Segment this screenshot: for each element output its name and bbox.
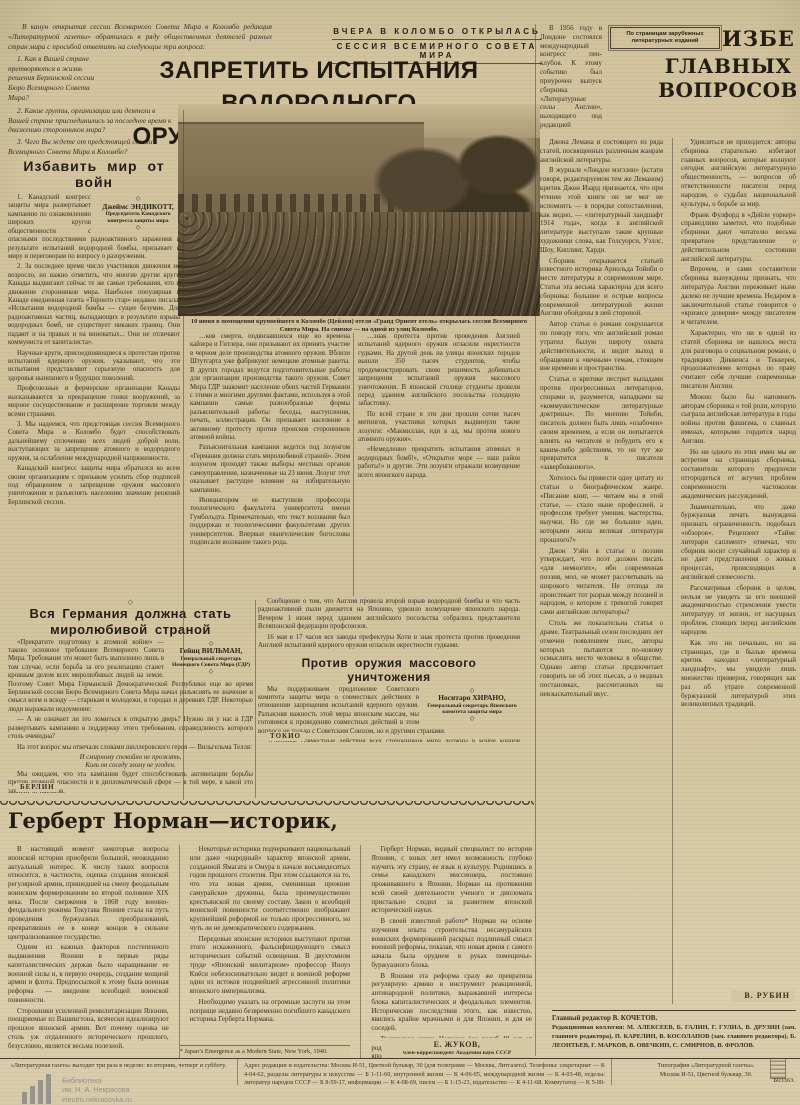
article-germany-body: ◇ Гейнц ВИЛЬМАН, Генеральный секретарь Н… (8, 639, 253, 793)
article-germany: ◇ Вся Германия должна стать миролюбивой … (8, 598, 253, 800)
norman-column-3-paragraphs: Герберт Норман, видный специалист по ист… (371, 845, 532, 1058)
paragraph: Сообщение о том, что Англия провела втор… (258, 598, 520, 632)
paragraph: Профсоюзные и фермерские организации Кан… (8, 385, 180, 419)
rail-column-2: Удивляться не приходится: авторы сборник… (672, 138, 796, 1004)
title-line-2: миролюбивой страной (8, 622, 253, 638)
paragraph: Канадский конгресс защиты мира обратился… (8, 465, 180, 507)
paragraph: Коль он соседу злому не угоден. (8, 762, 253, 770)
paragraph: По всей стране в эти дни прошли сотни ты… (358, 411, 520, 445)
byline-role: Генеральный секретарь Японского комитета… (424, 703, 520, 716)
paragraph: Статья о критике пестрит выпадами против… (540, 375, 663, 472)
paragraph: Одним из важных факторов постепенного вы… (8, 943, 169, 1004)
diamond-separator-icon: ◇ (424, 716, 520, 723)
rubric-line-2: литературных изданий (613, 38, 717, 45)
editorial-board-block: Главный редактор В. КОЧЕТОВ. Редакционна… (552, 1010, 796, 1060)
paragraph: И смирному спокойно не прожить, (8, 754, 253, 762)
signature-zhukov: Е. ЖУКОВ, член-корреспондент Академии на… (382, 1038, 532, 1058)
paragraph: 3. Мы надеемся, что предстоящая сессия В… (8, 421, 180, 463)
paragraph: Удивляться не приходится: авторы сборник… (681, 138, 796, 209)
paragraph: Но ни одного из этих имен мы не встретим… (681, 448, 796, 501)
byline-endicott: ◇ Джеймс ЭНДИКОТТ, Председатель Канадско… (96, 196, 180, 231)
article-norman-title: Герберт Норман—историк, японовед (8, 808, 392, 840)
paragraph: Рассматривая сборник в целом, нельзя не … (681, 584, 796, 637)
rubric-box: По страницам зарубежных литературных изд… (610, 27, 720, 49)
library-watermark: Библиотека им. Н. А. Некрасова electro.n… (22, 1070, 232, 1104)
paragraph: В Японии эта реформа сразу же превратила… (371, 972, 532, 1033)
dateline-berlin: БЕРЛИН (16, 783, 59, 792)
paragraph: Сторонники усиленной ремилитаризации Япо… (8, 1007, 169, 1051)
article-hirano-lead: Сообщение о том, что Англия провела втор… (258, 598, 520, 653)
paragraph: В настоящий момент некоторые вопросы япо… (8, 845, 169, 941)
byline-hirano: ◇ Носитаро ХИРАНО, Генеральный секретарь… (424, 688, 520, 723)
paragraph: …знак протеста против проведения Англией… (358, 333, 520, 409)
editorial-intro: В канун открытия сессии Всемирного Совет… (8, 22, 272, 56)
diamond-separator-icon: ◇ (169, 669, 253, 676)
rail-title-line-1: ИЗБЕГАЯ (722, 26, 796, 51)
paragraph: Герберт Норман, видный специалист по ист… (371, 845, 532, 915)
street-photo (178, 104, 540, 316)
address-and-phones: Адрес редакции и издательства: Москва И-… (238, 1059, 612, 1085)
norman-column-2: Некоторые историки подчеркивают национал… (179, 845, 351, 1058)
editorial-board: Редакционная коллегия: М. АЛЕКСЕЕВ, Б. Г… (552, 1024, 796, 1050)
byline-name: Гейнц ВИЛЬМАН, (169, 647, 253, 656)
diamond-separator-icon: ◇ (96, 225, 180, 232)
column-rule (535, 24, 536, 1056)
photo-trees (373, 116, 540, 226)
rail-columns: Джона Лемана и состоящего из ряда статей… (540, 138, 796, 1004)
paragraph: В журнале «Лондон мэгэзин» (кстати говор… (540, 166, 663, 254)
column-japan-continuation: …знак протеста против проведения Англией… (358, 333, 520, 596)
chief-editor: Главный редактор В. КОЧЕТОВ. (552, 1014, 796, 1023)
paragraph: — А не означает ли это ломиться в открыт… (8, 716, 253, 741)
paragraph: «Немедленно прекратить испытания атомных… (358, 446, 520, 480)
article-endicott-body: ◇ Джеймс ЭНДИКОТТ, Председатель Канадско… (8, 194, 180, 596)
intro-paragraph: В канун открытия сессии Всемирного Совет… (8, 22, 272, 51)
rail-column-2-paragraphs: Удивляться не приходится: авторы сборник… (681, 138, 796, 709)
paragraph: Разъяснительная кампания ведется под лоз… (190, 444, 350, 495)
paragraph: Знаменательно, что даже буржуазная печат… (681, 503, 796, 582)
paragraph: Передовые японские историки выступают пр… (190, 935, 351, 996)
paragraph: Как это ни печально, но на страницах, гд… (681, 639, 796, 710)
printing-line-1: Типография «Литературной газеты». (618, 1062, 794, 1071)
paragraph: Сборник открывается статьей известного и… (540, 257, 663, 319)
article-endicott-paragraphs: 1. Канадский конгресс защиты мира развер… (8, 194, 180, 507)
paragraph: В своей известной работе* Норман на осно… (371, 917, 532, 970)
norman-column-3: Герберт Норман, видный специалист по ист… (360, 845, 532, 1058)
article-review-rail: В 1956 году в Лондоне состоялся междунар… (540, 24, 796, 1006)
dateline-tokyo: ТОКИО (266, 732, 305, 741)
rail-headline-block: По страницам зарубежных литературных изд… (602, 24, 796, 136)
rail-lead-column: В 1956 году в Лондоне состоялся междунар… (540, 24, 602, 136)
paragraph: Хотелось бы привести одну цитату из стат… (540, 474, 663, 545)
paragraph: …ков смерти, подвизавшихся еще во времен… (190, 333, 350, 442)
byline-name: Носитаро ХИРАНО, (424, 694, 520, 703)
article-germany-title: Вся Германия должна стать миролюбивой ст… (8, 606, 253, 639)
kicker-line-1: ВЧЕРА В КОЛОМБО ОТКРЫЛАСЬ (332, 25, 542, 40)
title-line-1: Вся Германия должна стать (8, 606, 253, 622)
newspaper-page: В канун открытия сессии Всемирного Совет… (0, 0, 800, 1105)
article-endicott-title: Избавить мир от войн (8, 158, 180, 190)
article-endicott: Избавить мир от войн ◇ Джеймс ЭНДИКОТТ, … (8, 158, 180, 596)
paragraph: Можно было бы напомнить авторам сборника… (681, 393, 796, 446)
paragraph: Научные круги, присоединяющиеся к протес… (8, 350, 180, 384)
paragraph: 2. За последнее время число участников д… (8, 263, 180, 347)
library-line-1: Библиотека (62, 1076, 132, 1085)
column-rule (183, 110, 184, 800)
printing-line-2: Москва И-51, Цветной бульвар, 30. (618, 1071, 794, 1080)
signature-rubin: В. РУБИН (731, 990, 794, 1002)
photo-street-crowd (178, 212, 540, 316)
rail-header-zone: В 1956 году в Лондоне состоялся междунар… (540, 24, 796, 136)
byline-name: Джеймс ЭНДИКОТТ, (96, 203, 180, 212)
column-rule (255, 600, 256, 798)
paragraph: 16 мая в 17 часов все заводы префектуры … (258, 634, 520, 651)
norman-column-1: В настоящий момент некоторые вопросы япо… (8, 845, 169, 1058)
article-hirano-title: Против оружия массового уничтожения (258, 656, 520, 684)
photo-caption: 10 июня в помещении крупнейшего в Коломб… (180, 318, 538, 333)
paragraph: Автор статьи о романе сокрушается по пов… (540, 320, 663, 373)
paragraph: Джона Лемана и состоящего из ряда статей… (540, 138, 663, 164)
diamond-separator-icon: ◇ (8, 598, 253, 606)
byline-role: Генеральный секретарь Немецкого Совета М… (169, 656, 253, 669)
byline-role: Председатель Канадского конгресса защиты… (96, 211, 180, 224)
signature-name: Е. ЖУКОВ, (382, 1040, 532, 1050)
footnote: * Japan’s Emergence as a Modern State, N… (180, 1045, 351, 1056)
library-line-2: им. Н. А. Некрасова (62, 1085, 132, 1094)
paragraph: Франк Фулфорд в «Дейли уоркер» справедли… (681, 211, 796, 264)
byline-wilman: ◇ Гейнц ВИЛЬМАН, Генеральный секретарь Н… (169, 641, 253, 676)
paragraph: Некоторые историки подчеркивают национал… (190, 845, 351, 933)
paragraph: Столь же показательна статья о драме. Те… (540, 619, 663, 698)
rail-column-1: Джона Лемана и состоящего из ряда статей… (540, 138, 663, 1004)
paragraph: Впрочем, и сами составители сборника вын… (681, 265, 796, 327)
paragraph: На этот вопрос мы отвечали словами шилле… (8, 744, 253, 752)
signature-role: член-корреспондент Академии наук СССР (382, 1050, 532, 1057)
column-gdr-continuation: …ков смерти, подвизавшихся еще во времен… (190, 333, 350, 596)
library-logo-icon (22, 1074, 54, 1104)
library-line-3: electro.nekrasovka.ru (62, 1095, 132, 1104)
question-1: 1. Как в Вашей стране претворяются в жиз… (8, 54, 102, 106)
article-hirano-body: ◇ Носитаро ХИРАНО, Генеральный секретарь… (258, 686, 520, 742)
rail-title-line-2: ГЛАВНЫХ ВОПРОСОВ (608, 54, 796, 102)
paragraph: Характерно, что ни в одной из статей сбо… (681, 329, 796, 391)
paragraph: Джон Уэйн в статье о поэзии утверждает, … (540, 547, 663, 618)
library-text: Библиотека им. Н. А. Некрасова electro.n… (62, 1076, 132, 1104)
article-hirano: Сообщение о том, что Англия провела втор… (258, 598, 520, 800)
paragraph: Инициатором ее выступили профессора теол… (190, 497, 350, 548)
article-norman-columns: В настоящий момент некоторые вопросы япо… (8, 845, 532, 1058)
page-corner-mark (770, 1058, 786, 1079)
schiller-verse: И смирному спокойно не прожить,Коль он с… (8, 754, 253, 771)
paragraph: Необходимо указать на огромные заслуги н… (190, 998, 351, 1024)
norman-column-2-paragraphs: Некоторые историки подчеркивают национал… (190, 845, 351, 1024)
wavy-divider (0, 801, 534, 807)
column-rule (353, 333, 354, 596)
